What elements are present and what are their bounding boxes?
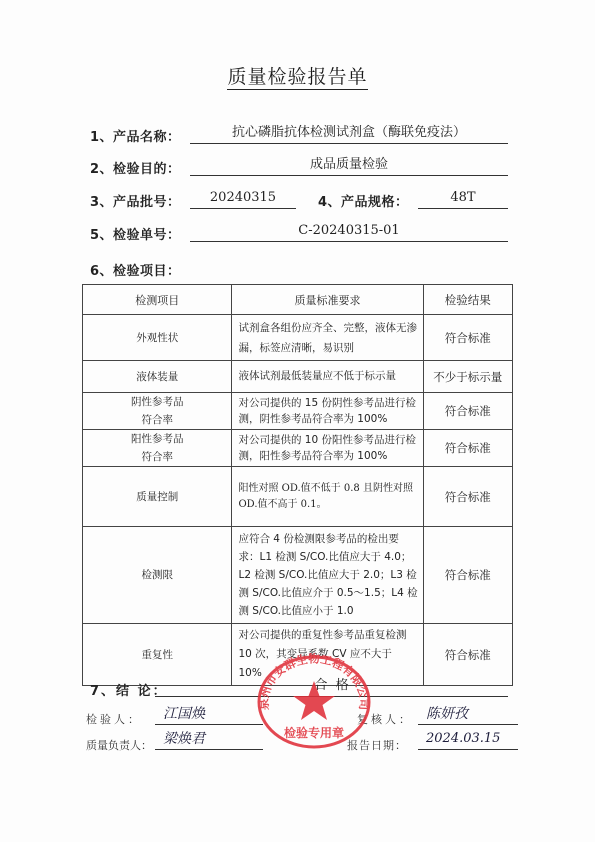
inspector-label: 检验人： — [86, 711, 142, 727]
header-standard: 质量标准要求 — [232, 285, 423, 315]
product-name-value: 抗心磷脂抗体检测试剂盒（酶联免疫法） — [190, 124, 508, 144]
row-standard: 对公司提供的 10 份阳性参考品进行检测，阳性参考品符合率为 100% — [232, 430, 423, 467]
report-no-label: 5、检验单号： — [90, 224, 181, 243]
batch-no-value: 20240315 — [190, 189, 296, 209]
table-row: 液体装量 液体试剂最低装量应不低于标示量 不少于标示量 — [83, 361, 513, 393]
table-row: 阳性参考品 符合率 对公司提供的 10 份阳性参考品进行检测，阳性参考品符合率为… — [83, 430, 513, 467]
header-result: 检验结果 — [423, 285, 512, 315]
row-result: 符合标准 — [423, 393, 512, 430]
table-row: 外观性状 试剂盒各组份应齐全、完整，液体无渗漏，标签应清晰，易识别 符合标准 — [83, 315, 513, 361]
row-result: 不少于标示量 — [423, 361, 512, 393]
quality-lead-label: 质量负责人： — [86, 737, 152, 753]
row-result: 符合标准 — [423, 430, 512, 467]
row-result: 符合标准 — [423, 527, 512, 624]
purpose-label: 2、检验目的： — [90, 158, 181, 177]
report-date-value: 2024.03.15 — [418, 731, 518, 750]
table-row: 质量控制 阳性对照 OD.值不低于 0.8 且阴性对照 OD.值不高于 0.1。… — [83, 467, 513, 527]
header-item: 检测项目 — [83, 285, 232, 315]
row-standard: 液体试剂最低装量应不低于标示量 — [232, 361, 423, 393]
table-header-row: 检测项目 质量标准要求 检验结果 — [83, 285, 513, 315]
quality-lead-signature: 梁焕君 — [155, 731, 263, 750]
row-standard: 对公司提供的 15 份阴性参考品进行检测，阴性参考品符合率为 100% — [232, 393, 423, 430]
seal-star-icon — [293, 681, 335, 720]
row-standard: 试剂盒各组份应齐全、完整，液体无渗漏，标签应清晰，易识别 — [232, 315, 423, 361]
inspection-items-heading: 6、检验项目： — [90, 260, 181, 279]
official-seal: 泉州市安群生物工程有限公司 检验专用章 — [255, 653, 373, 751]
row-item: 质量控制 — [83, 467, 232, 527]
seal-icon: 泉州市安群生物工程有限公司 检验专用章 — [255, 653, 373, 751]
row-item: 阴性参考品 符合率 — [83, 393, 232, 430]
row-item: 液体装量 — [83, 361, 232, 393]
row-item: 阳性参考品 符合率 — [83, 430, 232, 467]
row-standard: 应符合 4 份检测限参考品的检出要求：L1 检测 S/CO.比值应大于 4.0；… — [232, 527, 423, 624]
report-no-value: C-20240315-01 — [190, 222, 508, 242]
reviewer-signature: 陈妍孜 — [418, 706, 518, 725]
row-result: 符合标准 — [423, 315, 512, 361]
table-row: 检测限 应符合 4 份检测限参考品的检出要求：L1 检测 S/CO.比值应大于 … — [83, 527, 513, 624]
inspector-signature: 江国焕 — [155, 706, 263, 725]
product-name-label: 1、产品名称： — [90, 126, 181, 145]
spec-value: 48T — [418, 189, 508, 209]
spec-label: 4、产品规格： — [318, 191, 409, 210]
seal-purpose-text: 检验专用章 — [284, 725, 344, 740]
page-title-text: 质量检验报告单 — [227, 66, 367, 90]
page-title: 质量检验报告单 — [0, 62, 595, 89]
inspection-table: 检测项目 质量标准要求 检验结果 外观性状 试剂盒各组份应齐全、完整，液体无渗漏… — [82, 284, 513, 686]
row-standard: 阳性对照 OD.值不低于 0.8 且阴性对照 OD.值不高于 0.1。 — [232, 467, 423, 527]
row-result: 符合标准 — [423, 467, 512, 527]
purpose-value: 成品质量检验 — [190, 156, 508, 176]
batch-no-label: 3、产品批号： — [90, 191, 181, 210]
row-item: 检测限 — [83, 527, 232, 624]
table-row: 阴性参考品 符合率 对公司提供的 15 份阴性参考品进行检测，阴性参考品符合率为… — [83, 393, 513, 430]
row-item: 外观性状 — [83, 315, 232, 361]
